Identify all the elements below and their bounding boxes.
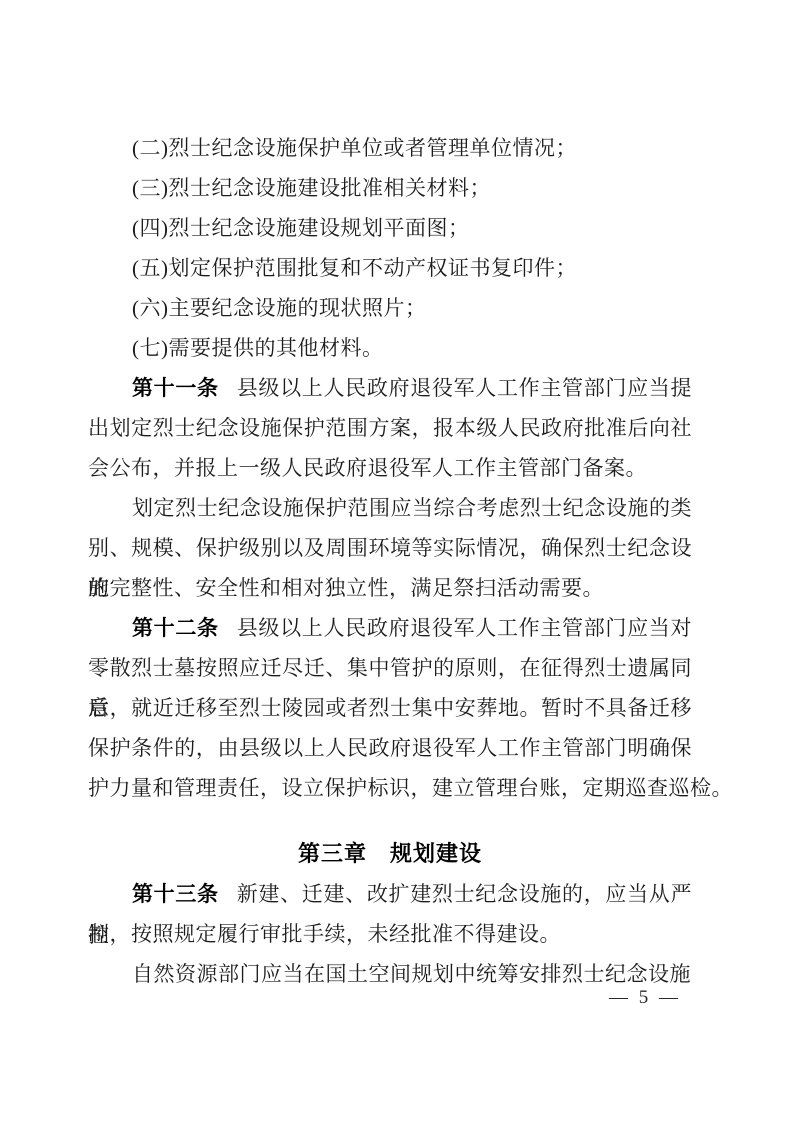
article-line: 保护条件的，由县级以上人民政府退役军人工作主管部门明确保 [88,728,692,768]
article-line: 第十三条新建、迁建、改扩建烈士纪念设施的，应当从严控 [88,874,692,914]
paragraph-line: 划定烈士纪念设施保护范围应当综合考虑烈士纪念设施的类 [88,488,692,528]
list-item: (七)需要提供的其他材料。 [88,328,692,368]
article-label: 第十二条 [132,617,219,640]
list-item: (三)烈士纪念设施建设批准相关材料； [88,168,692,208]
article-line: 零散烈士墓按照应迁尽迁、集中管护的原则，在征得烈士遗属同意 [88,648,692,688]
document-page: (二)烈士纪念设施保护单位或者管理单位情况；(三)烈士纪念设施建设批准相关材料；… [0,0,793,1122]
list-item: (四)烈士纪念设施建设规划平面图； [88,208,692,248]
article-line: 制，按照规定履行审批手续，未经批准不得建设。 [88,914,692,954]
list-item: (五)划定保护范围批复和不动产权证书复印件； [88,248,692,288]
article-line: 会公布，并报上一级人民政府退役军人工作主管部门备案。 [88,448,692,488]
page-number: — 5 — [609,986,681,1010]
article-text: 县级以上人民政府退役军人工作主管部门应当提 [237,376,692,400]
article-line: 出划定烈士纪念设施保护范围方案，报本级人民政府批准后向社 [88,408,692,448]
article-label: 第十三条 [132,883,219,906]
article-line: 后，就近迁移至烈士陵园或者烈士集中安葬地。暂时不具备迁移 [88,688,692,728]
list-item: (二)烈士纪念设施保护单位或者管理单位情况； [88,128,692,168]
article-line: 第十一条县级以上人民政府退役军人工作主管部门应当提 [88,368,692,408]
paragraph-line: 自然资源部门应当在国土空间规划中统筹安排烈士纪念设施 [88,954,692,994]
article-label: 第十一条 [132,377,219,400]
paragraph-line: 的完整性、安全性和相对独立性，满足祭扫活动需要。 [88,568,692,608]
paragraph-line: 别、规模、保护级别以及周围环境等实际情况，确保烈士纪念设施 [88,528,692,568]
article-text: 县级以上人民政府退役军人工作主管部门应当对 [237,616,692,640]
article-line: 护力量和管理责任，设立保护标识，建立管理台账，定期巡查巡检。 [88,768,692,808]
document-body: (二)烈士纪念设施保护单位或者管理单位情况；(三)烈士纪念设施建设批准相关材料；… [88,128,692,994]
article-line: 第十二条县级以上人民政府退役军人工作主管部门应当对 [88,608,692,648]
chapter-heading: 第三章 规划建设 [88,834,692,874]
list-item: (六)主要纪念设施的现状照片； [88,288,692,328]
